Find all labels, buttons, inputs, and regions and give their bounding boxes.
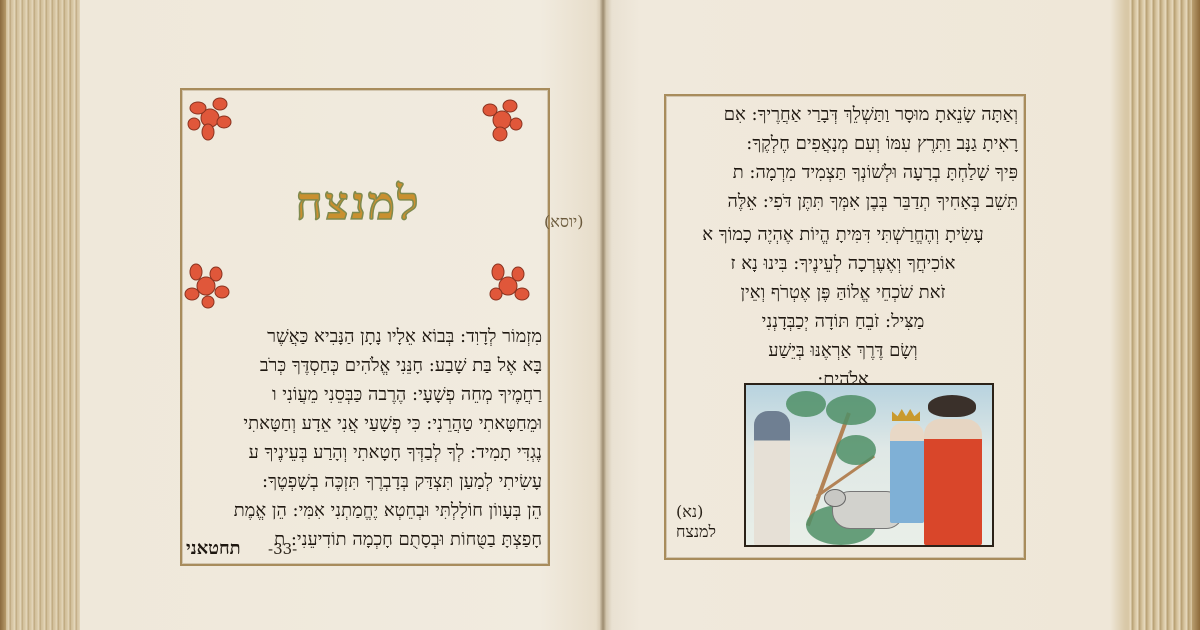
page-edges-right (1128, 0, 1192, 630)
text-line: זֹאת שֹׁכְחֵי אֱלוֹהַּ פֶּן אֶטְרֹף וְאֵ… (668, 278, 1018, 307)
text-line: רַחֲמֶיךָ מְחֵה פְשָׁעָי: הֶרֶבה כַּבְּס… (186, 380, 542, 409)
page-edges-left (6, 0, 80, 630)
manuscript-photo: למנצח מִזְמוֹר לְדָוִד: בְּבוֹא אֵלָיו נ… (0, 0, 1200, 630)
psalm-label: למנצח (676, 522, 716, 542)
text-line: רָאִיתָ גַנָּב וַתִּרֶץ עִמּוֹ וְעִם מְנ… (668, 129, 1018, 158)
page-number: -33- (268, 540, 297, 558)
illuminated-title: למנצח (258, 176, 458, 230)
flower-ornament-icon (186, 94, 234, 142)
text-line: עָשִׂיתִי לְמַעַן תִּצְדַּק בְּדָבְרֶךָ … (186, 467, 542, 496)
flower-ornament-icon (484, 262, 532, 310)
text-line: וְאַתָּה שָׂנֵאתָ מוּסָר וַתַּשְׁלֵךְ דְ… (668, 100, 1018, 129)
catchword: תחטאני (186, 538, 241, 559)
tree-foliage (786, 391, 826, 417)
lamb-head (824, 489, 846, 507)
text-line: נֶגְדִּי תָמִיד: לְךָ לְבַדְּךָ חָטָאתִי… (186, 438, 542, 467)
nathan-figure (754, 411, 790, 545)
psalm-number: (נא) (676, 502, 703, 522)
text-line: בָּא אֶל בַּת שָׁבַע: חָנֵּנִי אֱלֹהִים … (186, 351, 542, 380)
text-line: תֵּשֵׁב בְּאָחִיךָ תְדַבֵּר בְּבֶן אִמְּ… (668, 187, 1018, 216)
miniature-illustration (744, 383, 994, 547)
right-page-text-centered: עָשִׂיתָ וְהֶחֱרַשְׁתִּי דִּמִּיתָ הֱיוֹ… (668, 220, 1018, 394)
text-line: מִזְמוֹר לְדָוִד: בְּבוֹא אֵלָיו נָתָן ה… (186, 322, 542, 351)
tree-foliage (826, 395, 876, 425)
left-page-text: מִזְמוֹר לְדָוִד: בְּבוֹא אֵלָיו נָתָן ה… (186, 322, 542, 554)
text-line: עָשִׂיתָ וְהֶחֱרַשְׁתִּי דִּמִּיתָ הֱיוֹ… (668, 220, 1018, 249)
text-line: אוֹכִיחֲךָ וְאֶעֶרְכָה לְעֵינֶיךָ: בִּינ… (668, 249, 1018, 278)
red-robed-figure (924, 419, 982, 545)
margin-note: (יוסא) (544, 212, 583, 232)
text-line: וּמֵחַטָּאתִי טַהֲרֵנִי: כִּי פְשָׁעַי א… (186, 409, 542, 438)
flower-ornament-icon (478, 96, 526, 144)
text-line: הֵן בְּעָווֹן חוֹלָלְתִּי וּבְחֵטְא יֶחֱ… (186, 496, 542, 525)
king-figure (890, 423, 924, 523)
text-line: פִּיךָ שָׁלַחְתָּ בְרָעָה וּלְשׁוֹנְךָ ת… (668, 158, 1018, 187)
tree-foliage (836, 435, 876, 465)
crown-icon (892, 409, 920, 421)
right-page-text: וְאַתָּה שָׂנֵאתָ מוּסָר וַתַּשְׁלֵךְ דְ… (668, 100, 1018, 216)
book-gutter (600, 0, 606, 630)
text-line: וְשָׂם דֶּרֶךְ אַרְאֶנּוּ בְּיֵשַׁע (668, 336, 1018, 365)
text-line: מַצִּיל: זֹבֵחַ תּוֹדָה יְכַבְּדָנְנִי (668, 307, 1018, 336)
hat-icon (928, 395, 976, 417)
flower-ornament-icon (182, 262, 230, 310)
